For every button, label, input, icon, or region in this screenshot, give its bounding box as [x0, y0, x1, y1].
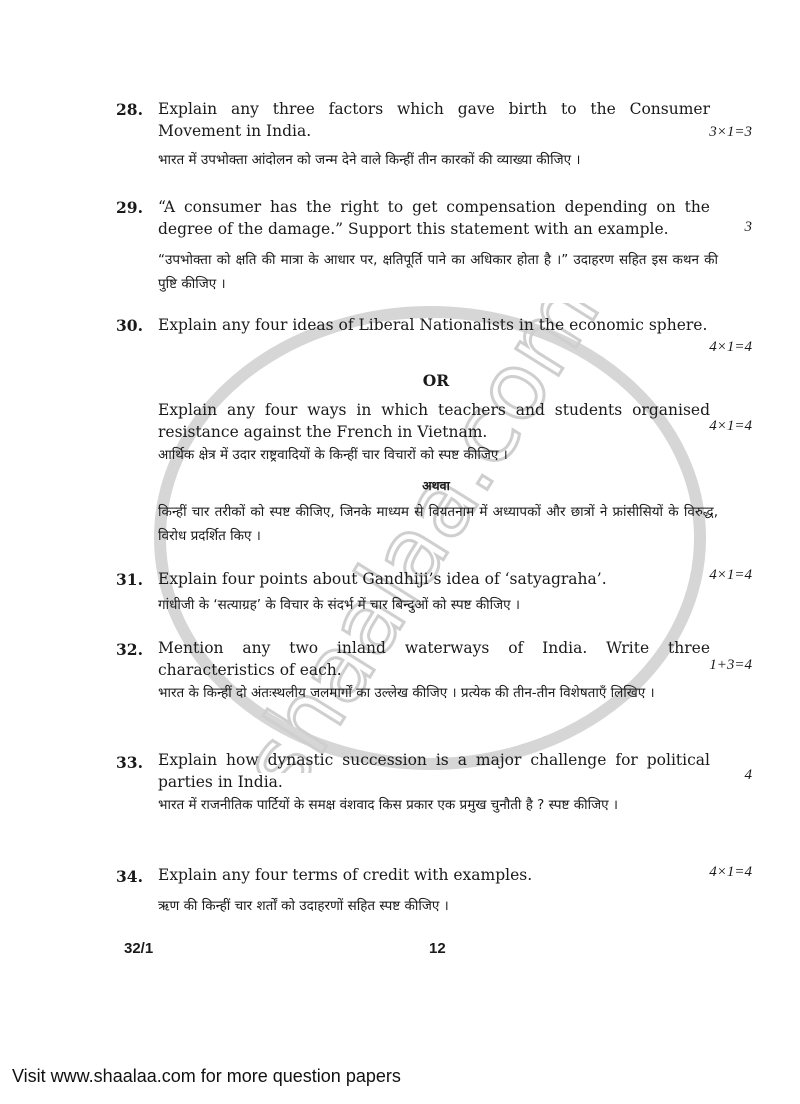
marks: 4×1=4: [709, 567, 752, 584]
question-text-hindi: गांधीजी के ‘सत्याग्रह’ के विचार के संदर्…: [158, 593, 718, 617]
marks: 4: [745, 767, 753, 784]
marks: 3×1=3: [709, 124, 752, 141]
question-text-hindi: भारत में उपभोक्ता आंदोलन को जन्म देने वा…: [158, 148, 718, 172]
paper-code: 32/1: [124, 940, 153, 957]
question-number: 32.: [116, 640, 143, 659]
question-text-english: Explain any four terms of credit with ex…: [158, 864, 710, 886]
marks-alt: 4×1=4: [709, 418, 752, 435]
question-text-english-alt: Explain any four ways in which teachers …: [158, 399, 710, 443]
page-number: 12: [429, 940, 446, 957]
question-text-english: Explain any three factors which gave bir…: [158, 98, 710, 142]
question-text-hindi: ऋण की किन्हीं चार शर्तों को उदाहरणों सहि…: [158, 894, 718, 918]
question-number: 29.: [116, 198, 143, 217]
question-text-english: Explain any four ideas of Liberal Nation…: [158, 314, 710, 336]
or-label: OR: [116, 371, 756, 390]
marks: 3: [745, 219, 753, 236]
question-text-english: “A consumer has the right to get compens…: [158, 196, 710, 240]
marks: 4×1=4: [709, 864, 752, 881]
question-number: 34.: [116, 867, 143, 886]
question-text-hindi-alt: किन्हीं चार तरीकों को स्पष्ट कीजिए, जिनक…: [158, 500, 718, 548]
question-text-hindi: भारत में राजनीतिक पार्टियों के समक्ष वंश…: [158, 793, 718, 817]
question-text-hindi: भारत के किन्हीं दो अंतःस्थलीय जलमार्गों …: [158, 681, 718, 705]
marks: 1+3=4: [709, 657, 752, 674]
question-number: 33.: [116, 753, 143, 772]
question-number: 28.: [116, 100, 143, 119]
question-text-english: Explain four points about Gandhiji’s ide…: [158, 568, 710, 590]
question-text-english: Explain how dynastic succession is a maj…: [158, 749, 710, 793]
question-number: 31.: [116, 570, 143, 589]
question-number: 30.: [116, 316, 143, 335]
marks: 4×1=4: [709, 339, 752, 356]
question-text-hindi: आर्थिक क्षेत्र में उदार राष्ट्रवादियों क…: [158, 443, 718, 467]
or-label-hindi: अथवा: [116, 477, 756, 494]
question-text-hindi: “उपभोक्ता को क्षति की मात्रा के आधार पर,…: [158, 248, 718, 296]
visit-link-text[interactable]: Visit www.shaalaa.com for more question …: [12, 1066, 401, 1087]
question-text-english: Mention any two inland waterways of Indi…: [158, 637, 710, 681]
